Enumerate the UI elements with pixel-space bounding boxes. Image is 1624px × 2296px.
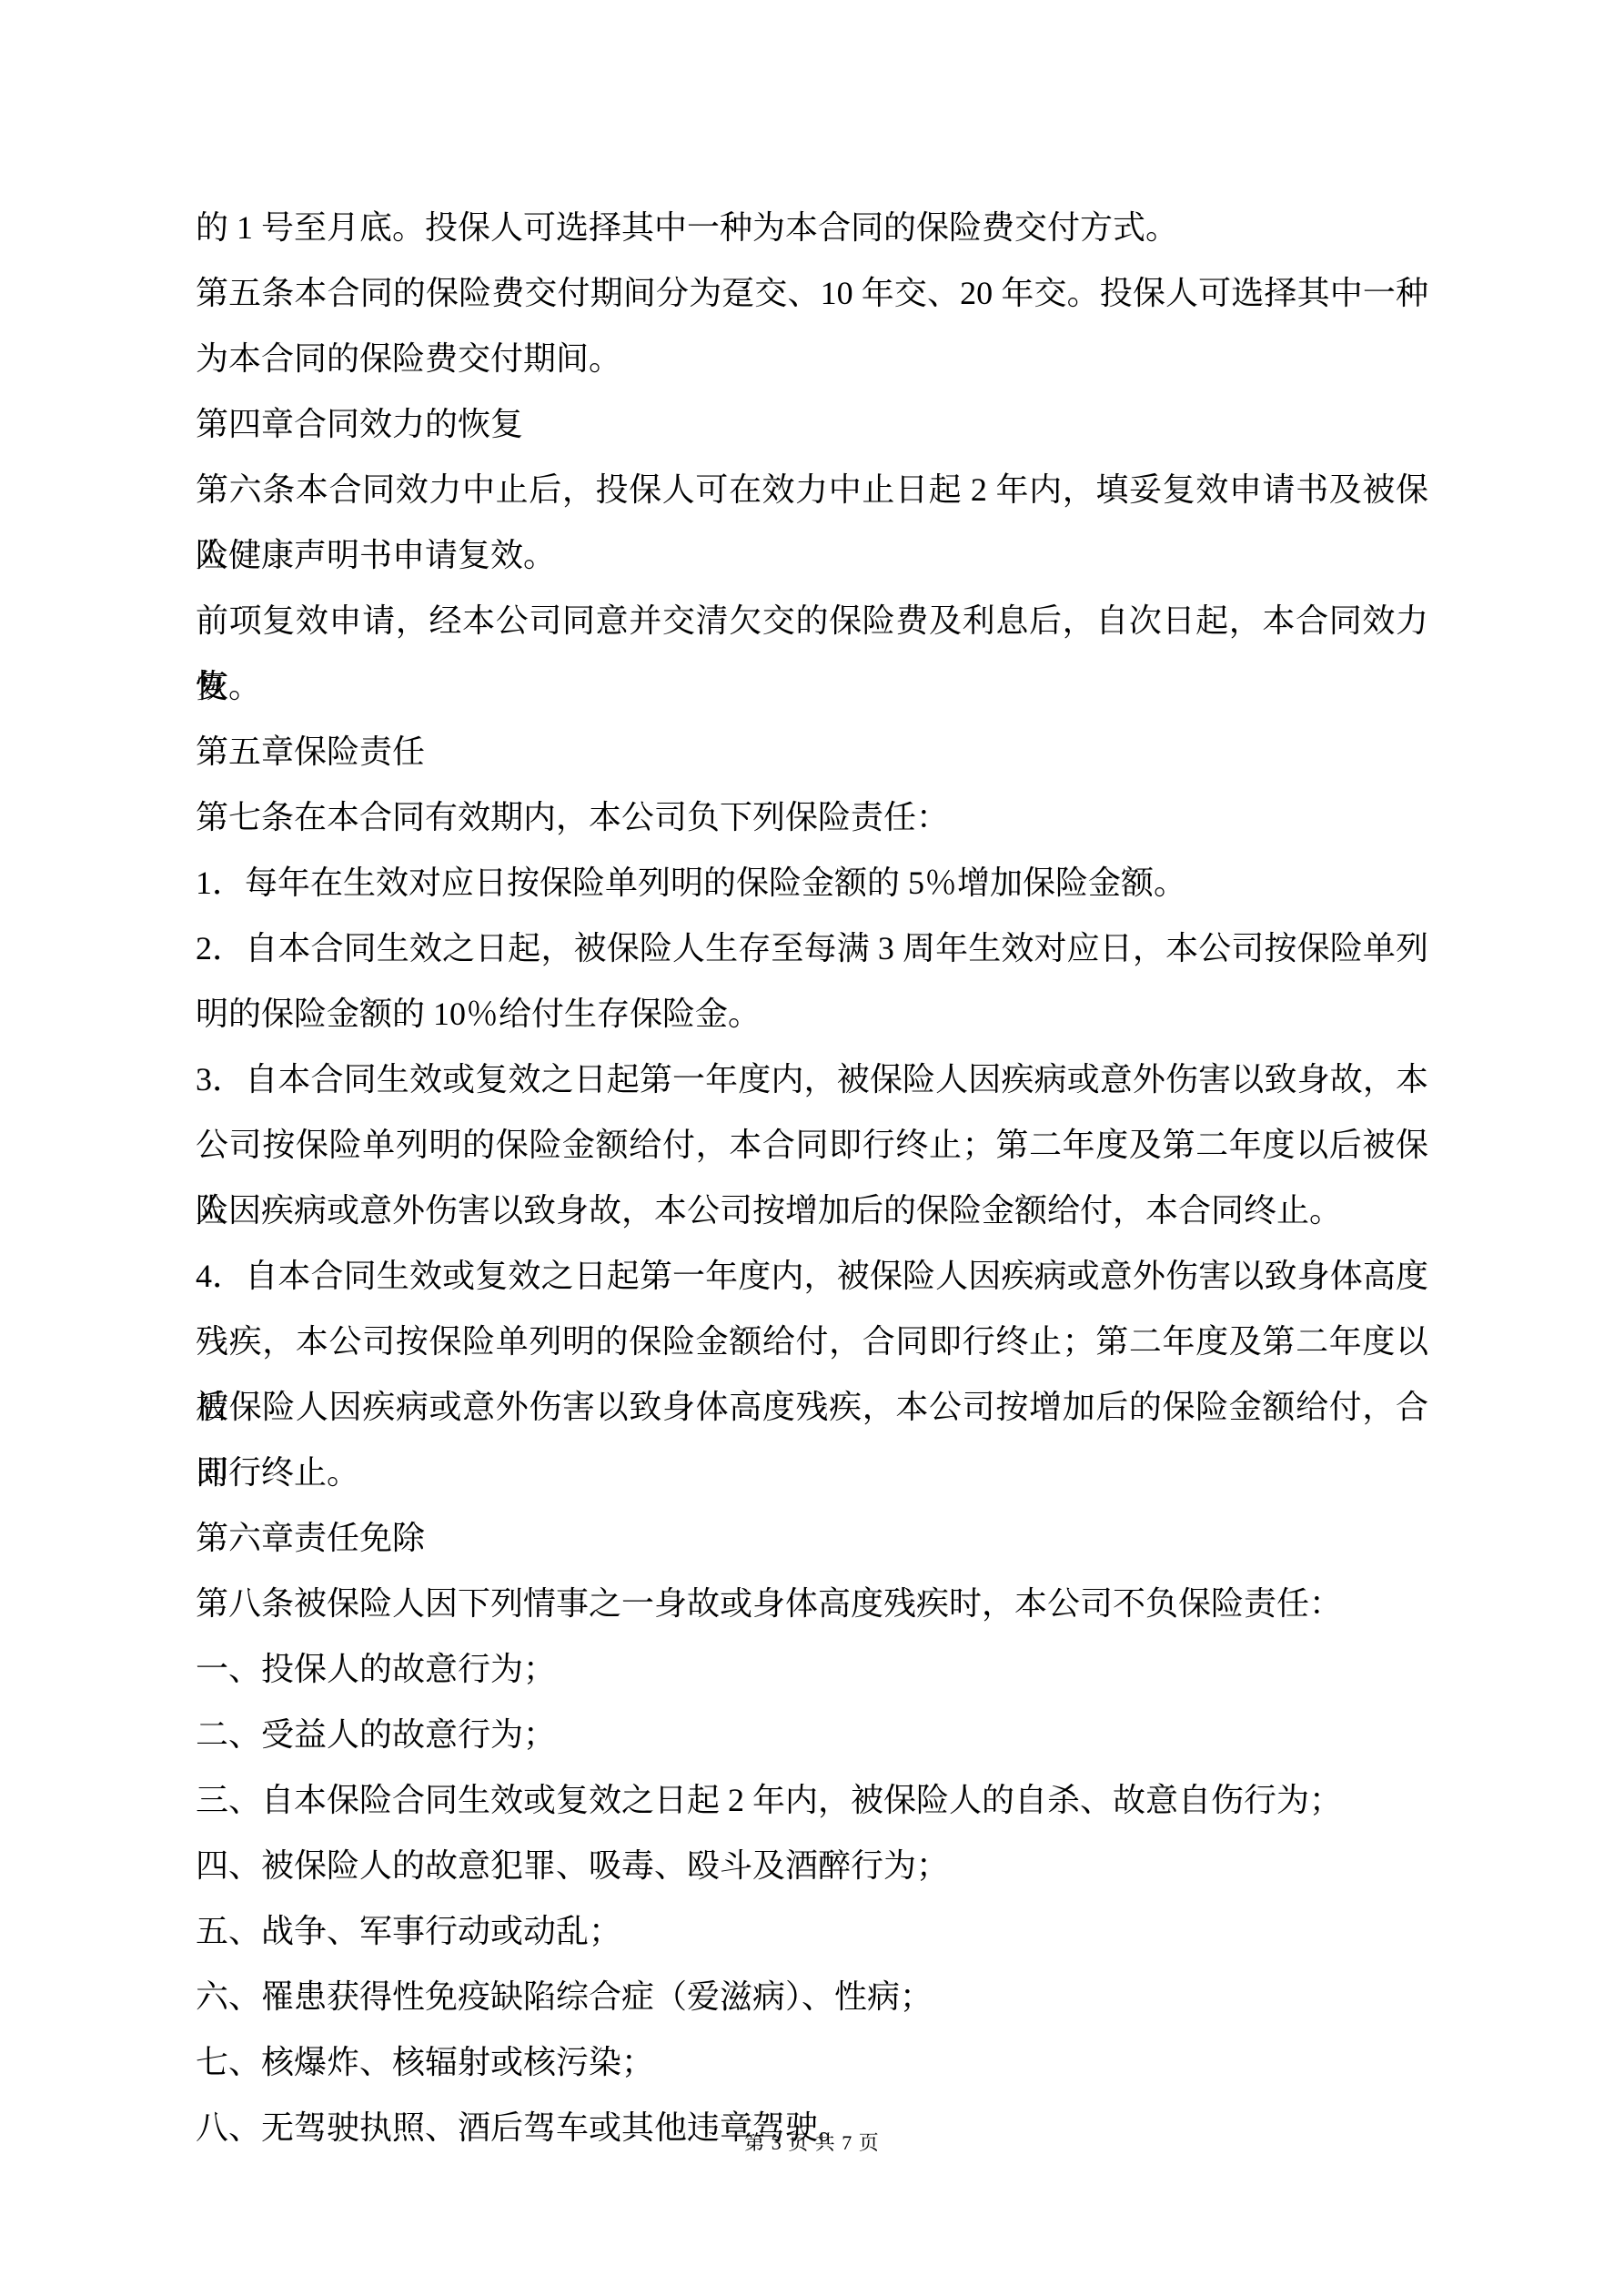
text-line: 第五章保险责任 bbox=[196, 719, 1428, 784]
text-line: 二、受益人的故意行为； bbox=[196, 1702, 1428, 1767]
text-line: 3．自本合同生效或复效之日起第一年度内，被保险人因疾病或意外伤害以致身故，本 bbox=[196, 1047, 1428, 1112]
text-line: 第四章合同效力的恢复 bbox=[196, 391, 1428, 457]
page-footer: 第 3 页 共 7 页 bbox=[0, 2129, 1624, 2157]
text-line: 人因疾病或意外伤害以致身故，本公司按增加后的保险金额给付，本合同终止。 bbox=[196, 1178, 1428, 1243]
text-line: 残疾，本公司按保险单列明的保险金额给付，合同即行终止；第二年度及第二年度以后 bbox=[196, 1309, 1428, 1374]
text-line: 人健康声明书申请复效。 bbox=[196, 522, 1428, 588]
document-page: 的 1 号至月底。投保人可选择其中一种为本合同的保险费交付方式。第五条本合同的保… bbox=[0, 0, 1624, 2296]
text-line: 五、战争、军事行动或动乱； bbox=[196, 1898, 1428, 1964]
text-line: 七、核爆炸、核辐射或核污染； bbox=[196, 2029, 1428, 2095]
text-line: 四、被保险人的故意犯罪、吸毒、殴斗及酒醉行为； bbox=[196, 1833, 1428, 1898]
text-line: 的 1 号至月底。投保人可选择其中一种为本合同的保险费交付方式。 bbox=[196, 195, 1428, 260]
text-line: 六、罹患获得性免疫缺陷综合症（爱滋病）、性病； bbox=[196, 1964, 1428, 2029]
document-body: 的 1 号至月底。投保人可选择其中一种为本合同的保险费交付方式。第五条本合同的保… bbox=[196, 195, 1428, 2160]
text-line: 第六章责任免除 bbox=[196, 1505, 1428, 1571]
text-line: 公司按保险单列明的保险金额给付，本合同即行终止；第二年度及第二年度以后被保险 bbox=[196, 1112, 1428, 1178]
text-line: 2．自本合同生效之日起，被保险人生存至每满 3 周年生效对应日，本公司按保险单列 bbox=[196, 915, 1428, 981]
text-line: 第五条本合同的保险费交付期间分为趸交、10 年交、20 年交。投保人可选择其中一… bbox=[196, 260, 1428, 326]
text-line: 被保险人因疾病或意外伤害以致身体高度残疾，本公司按增加后的保险金额给付，合同 bbox=[196, 1374, 1428, 1440]
text-line: 1．每年在生效对应日按保险单列明的保险金额的 5％增加保险金额。 bbox=[196, 850, 1428, 915]
text-line: 即行终止。 bbox=[196, 1440, 1428, 1505]
text-line: 明的保险金额的 10％给付生存保险金。 bbox=[196, 981, 1428, 1047]
text-line: 为本合同的保险费交付期间。 bbox=[196, 326, 1428, 391]
text-line: 第八条被保险人因下列情事之一身故或身体高度残疾时，本公司不负保险责任： bbox=[196, 1571, 1428, 1636]
text-line: 一、投保人的故意行为； bbox=[196, 1636, 1428, 1702]
text-line: 第七条在本合同有效期内，本公司负下列保险责任： bbox=[196, 784, 1428, 850]
text-line: 三、自本保险合同生效或复效之日起 2 年内，被保险人的自杀、故意自伤行为； bbox=[196, 1767, 1428, 1833]
text-line: 复。 bbox=[196, 653, 1428, 719]
text-line: 前项复效申请，经本公司同意并交清欠交的保险费及利息后，自次日起，本合同效力恢 bbox=[196, 588, 1428, 653]
text-line: 4．自本合同生效或复效之日起第一年度内，被保险人因疾病或意外伤害以致身体高度 bbox=[196, 1243, 1428, 1309]
text-line: 第六条本合同效力中止后，投保人可在效力中止日起 2 年内，填妥复效申请书及被保险 bbox=[196, 457, 1428, 522]
